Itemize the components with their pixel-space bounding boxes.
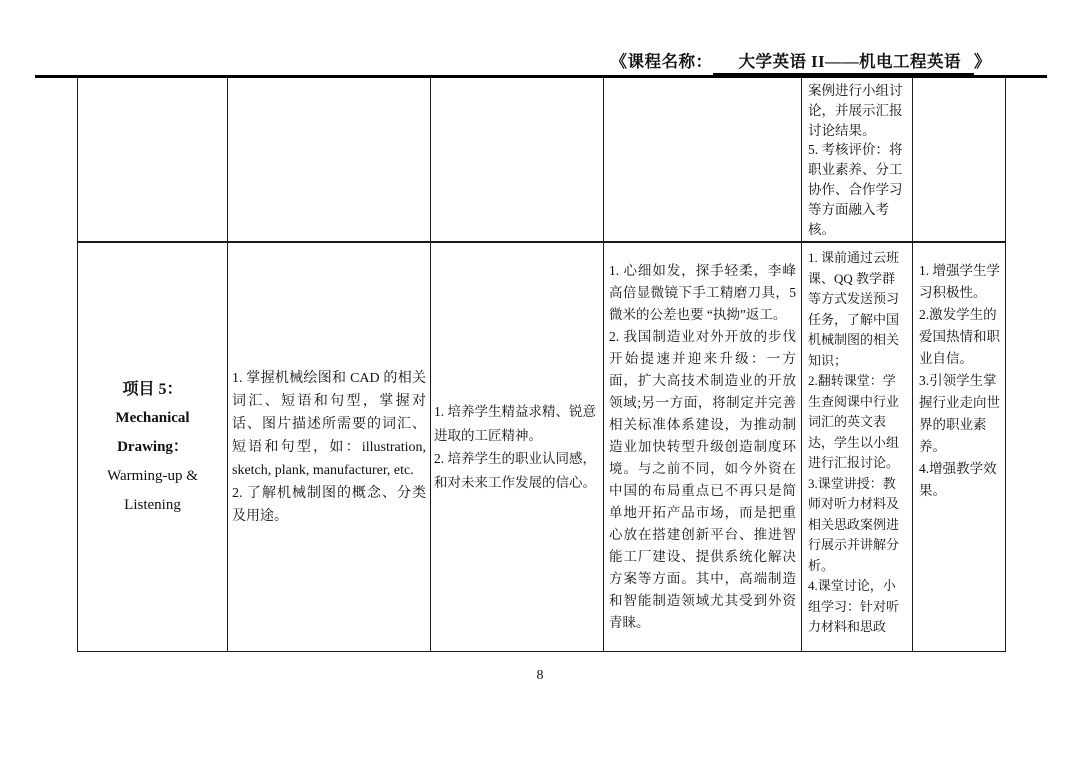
knowledge-objectives-text: 1. 掌握机械绘图和 CAD 的相关词汇、短语和句型，掌握对话、图片描述所需要的… — [232, 367, 426, 528]
course-title-suffix: 》 — [974, 52, 991, 71]
project-title: Mechanical Drawing： — [80, 404, 225, 462]
cell-row1-quality-empty — [431, 78, 604, 243]
cell-row1-effect-empty — [913, 78, 1006, 243]
cell-row1-project-empty — [78, 78, 228, 243]
course-title-prefix: 《课程名称： — [611, 52, 713, 71]
cell-teaching-process: 1. 课前通过云班课、QQ 教学群等方式发送预习任务，了解中国机械制图的相关知识… — [802, 243, 913, 652]
ideological-cases-text: 1. 心细如发，探手轻柔，李峰高倍显微镜下手工精磨刀具，5 微米的公差也要 “执… — [609, 260, 796, 634]
syllabus-table: 案例进行小组讨论，并展示汇报讨论结果。 5. 考核评价：将职业素养、分工协作、合… — [77, 78, 1006, 652]
teaching-process-continued-text: 案例进行小组讨论，并展示汇报讨论结果。 5. 考核评价：将职业素养、分工协作、合… — [808, 81, 907, 239]
cell-project: 项目 5： Mechanical Drawing： Warming-up & L… — [78, 243, 228, 652]
project-subtitle-line1: Warming-up & — [80, 462, 225, 491]
project-subtitle-line2: Listening — [80, 491, 225, 520]
page-number: 8 — [0, 668, 1080, 684]
quality-objectives-text: 1. 培养学生精益求精、锐意进取的工匠精神。 2. 培养学生的职业认同感，和对未… — [434, 400, 600, 494]
cell-quality-objectives: 1. 培养学生精益求精、锐意进取的工匠精神。 2. 培养学生的职业认同感，和对未… — [431, 243, 604, 652]
cell-row1-teaching-process-continued: 案例进行小组讨论，并展示汇报讨论结果。 5. 考核评价：将职业素养、分工协作、合… — [802, 78, 913, 243]
project-label: 项目 5： — [80, 375, 225, 404]
cell-row1-ideological-empty — [604, 78, 802, 243]
teaching-effect-text: 1. 增强学生学习积极性。 2.激发学生的爱国热情和职业自信。 3.引领学生掌握… — [919, 260, 1001, 502]
course-name-underlined: 大学英语 II——机电工程英语 — [713, 48, 974, 75]
cell-row1-knowledge-empty — [228, 78, 431, 243]
cell-ideological-cases: 1. 心细如发，探手轻柔，李峰高倍显微镜下手工精磨刀具，5 微米的公差也要 “执… — [604, 243, 802, 652]
cell-knowledge-objectives: 1. 掌握机械绘图和 CAD 的相关词汇、短语和句型，掌握对话、图片描述所需要的… — [228, 243, 431, 652]
course-title: 《课程名称：大学英语 II——机电工程英语》 — [611, 48, 991, 75]
teaching-process-text: 1. 课前通过云班课、QQ 教学群等方式发送预习任务，了解中国机械制图的相关知识… — [808, 248, 908, 638]
cell-teaching-effect: 1. 增强学生学习积极性。 2.激发学生的爱国热情和职业自信。 3.引领学生掌握… — [913, 243, 1006, 652]
document-page: 《课程名称：大学英语 II——机电工程英语》 案例进行小组讨论，并展示汇报讨论结… — [0, 0, 1080, 764]
